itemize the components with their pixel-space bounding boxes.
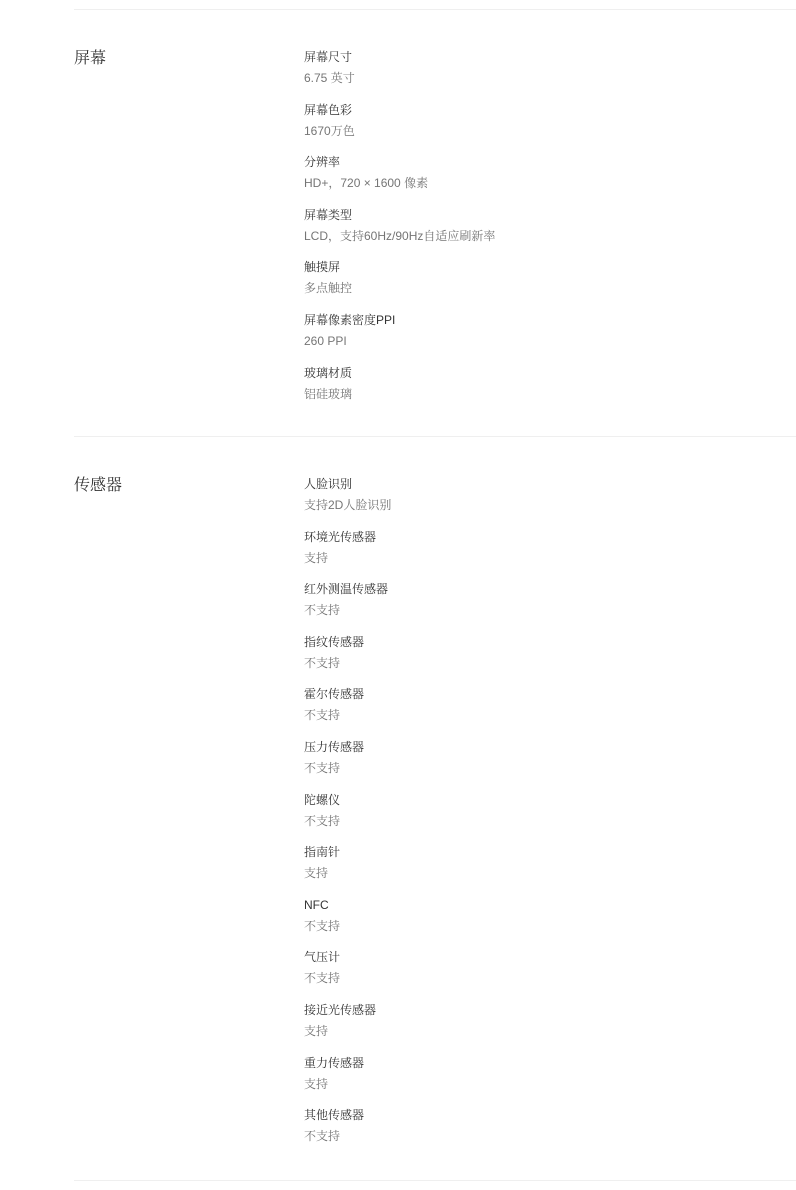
spec-label: NFC xyxy=(304,897,329,913)
spec-value: 不支持 xyxy=(304,1128,340,1144)
spec-value: 260 PPI xyxy=(304,333,347,349)
spec-label: 霍尔传感器 xyxy=(304,686,364,702)
spec-value: 支持 xyxy=(304,1076,328,1092)
spec-item-hall: 霍尔传感器 不支持 xyxy=(304,686,784,739)
spec-item-compass: 指南针 支持 xyxy=(304,844,784,897)
spec-value: 支持2D人脸识别 xyxy=(304,497,391,513)
spec-item-glass: 玻璃材质 铝硅玻璃 xyxy=(304,365,784,418)
top-divider xyxy=(74,9,796,10)
spec-value: 不支持 xyxy=(304,970,340,986)
spec-label: 屏幕类型 xyxy=(304,207,352,223)
spec-label: 环境光传感器 xyxy=(304,529,376,545)
spec-label: 触摸屏 xyxy=(304,259,340,275)
spec-item-touchscreen: 触摸屏 多点触控 xyxy=(304,259,784,312)
spec-value: 不支持 xyxy=(304,918,340,934)
spec-item-proximity: 接近光传感器 支持 xyxy=(304,1002,784,1055)
spec-value: 不支持 xyxy=(304,813,340,829)
spec-label: 屏幕尺寸 xyxy=(304,49,352,65)
spec-item-screen-type: 屏幕类型 LCD，支持60Hz/90Hz自适应刷新率 xyxy=(304,207,784,260)
spec-item-other-sensors: 其他传感器 不支持 xyxy=(304,1107,784,1160)
spec-label: 分辨率 xyxy=(304,154,340,170)
spec-list: 人脸识别 支持2D人脸识别 环境光传感器 支持 红外测温传感器 不支持 指纹传感… xyxy=(304,476,784,1160)
spec-label: 屏幕色彩 xyxy=(304,102,352,118)
bottom-divider xyxy=(74,1180,796,1181)
spec-label: 玻璃材质 xyxy=(304,365,352,381)
spec-list: 屏幕尺寸 6.75 英寸 屏幕色彩 1670万色 分辨率 HD+，720 × 1… xyxy=(304,49,784,417)
section-title: 传感器 xyxy=(74,475,122,497)
spec-value: 支持 xyxy=(304,550,328,566)
spec-label: 重力传感器 xyxy=(304,1055,364,1071)
spec-item-pressure: 压力传感器 不支持 xyxy=(304,739,784,792)
spec-item-resolution: 分辨率 HD+，720 × 1600 像素 xyxy=(304,154,784,207)
spec-label: 屏幕像素密度PPI xyxy=(304,312,395,328)
spec-page: 屏幕 屏幕尺寸 6.75 英寸 屏幕色彩 1670万色 分辨率 HD+，720 … xyxy=(0,0,796,1190)
spec-label: 人脸识别 xyxy=(304,476,352,492)
spec-value: 6.75 英寸 xyxy=(304,70,355,86)
spec-value: 支持 xyxy=(304,1023,328,1039)
spec-item-ppi: 屏幕像素密度PPI 260 PPI xyxy=(304,312,784,365)
spec-value: 支持 xyxy=(304,865,328,881)
spec-item-nfc: NFC 不支持 xyxy=(304,897,784,950)
spec-item-ambient-light: 环境光传感器 支持 xyxy=(304,529,784,582)
spec-item-screen-size: 屏幕尺寸 6.75 英寸 xyxy=(304,49,784,102)
spec-value: 不支持 xyxy=(304,707,340,723)
spec-item-gyroscope: 陀螺仪 不支持 xyxy=(304,792,784,845)
spec-value: LCD，支持60Hz/90Hz自适应刷新率 xyxy=(304,228,495,244)
spec-item-barometer: 气压计 不支持 xyxy=(304,949,784,1002)
spec-item-screen-color: 屏幕色彩 1670万色 xyxy=(304,102,784,155)
spec-label: 气压计 xyxy=(304,949,340,965)
spec-value: 不支持 xyxy=(304,760,340,776)
spec-label: 指纹传感器 xyxy=(304,634,364,650)
spec-label: 红外测温传感器 xyxy=(304,581,388,597)
spec-value: 1670万色 xyxy=(304,123,355,139)
spec-label: 指南针 xyxy=(304,844,340,860)
spec-label: 压力传感器 xyxy=(304,739,364,755)
spec-value: 不支持 xyxy=(304,655,340,671)
spec-value: 多点触控 xyxy=(304,280,352,296)
spec-item-infrared-temp: 红外测温传感器 不支持 xyxy=(304,581,784,634)
spec-item-face-recognition: 人脸识别 支持2D人脸识别 xyxy=(304,476,784,529)
spec-item-gravity: 重力传感器 支持 xyxy=(304,1055,784,1108)
spec-value: HD+，720 × 1600 像素 xyxy=(304,175,428,191)
spec-label: 接近光传感器 xyxy=(304,1002,376,1018)
spec-value: 不支持 xyxy=(304,602,340,618)
section-title: 屏幕 xyxy=(74,48,106,70)
spec-value: 铝硅玻璃 xyxy=(304,386,352,402)
spec-label: 其他传感器 xyxy=(304,1107,364,1123)
section-divider xyxy=(74,436,796,437)
spec-label: 陀螺仪 xyxy=(304,792,340,808)
spec-item-fingerprint: 指纹传感器 不支持 xyxy=(304,634,784,687)
